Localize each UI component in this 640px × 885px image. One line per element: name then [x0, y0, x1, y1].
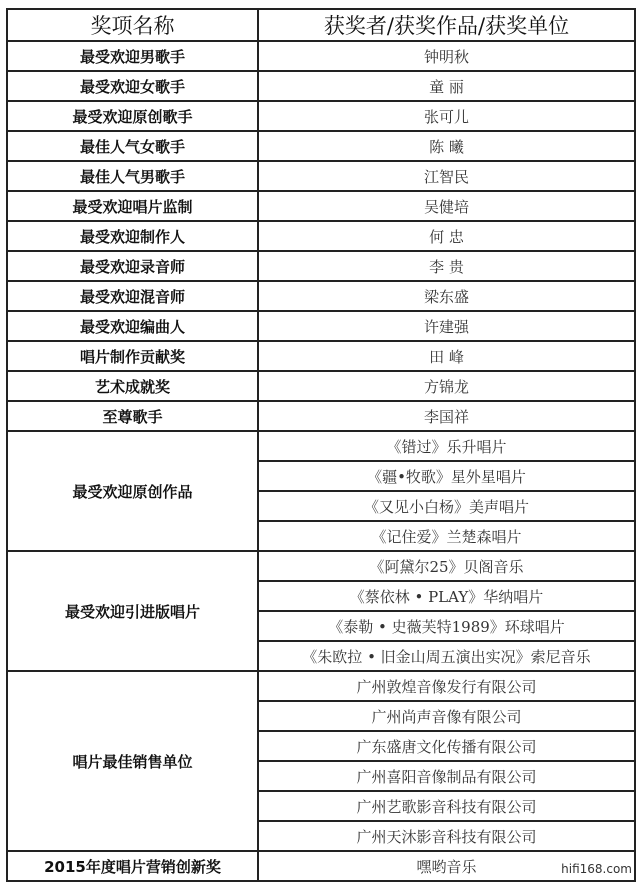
table-row: 艺术成就奖方锦龙	[7, 371, 635, 401]
winner: 《错过》乐升唱片	[258, 431, 635, 461]
table-row: 最受欢迎男歌手钟明秋	[7, 41, 635, 71]
winner: 《记住爱》兰楚森唱片	[258, 521, 635, 551]
award-name: 最受欢迎混音师	[7, 281, 258, 311]
winner: 许建强	[258, 311, 635, 341]
winner: 《蔡依林 • PLAY》华纳唱片	[258, 581, 635, 611]
table-row: 至尊歌手李国祥	[7, 401, 635, 431]
award-name-group: 最受欢迎原创作品	[7, 431, 258, 551]
award-name: 2015年度唱片营销创新奖	[7, 851, 258, 881]
winner: 《泰勒 • 史薇芙特1989》环球唱片	[258, 611, 635, 641]
winner-cell: 嘿哟音乐 hifi168.com	[258, 851, 635, 881]
award-name: 至尊歌手	[7, 401, 258, 431]
winner: 嘿哟音乐	[416, 858, 476, 876]
winner: 《阿黛尔25》贝阁音乐	[258, 551, 635, 581]
winner: 广州尚声音像有限公司	[258, 701, 635, 731]
award-name: 唱片制作贡献奖	[7, 341, 258, 371]
winner: 《疆•牧歌》星外星唱片	[258, 461, 635, 491]
winner: 《又见小白杨》美声唱片	[258, 491, 635, 521]
table-row: 最受欢迎唱片监制吴健培	[7, 191, 635, 221]
table-row: 最佳人气男歌手江智民	[7, 161, 635, 191]
table-row: 唱片制作贡献奖田 峰	[7, 341, 635, 371]
award-name: 最佳人气女歌手	[7, 131, 258, 161]
table-row: 唱片最佳销售单位 广州敦煌音像发行有限公司	[7, 671, 635, 701]
winner: 梁东盛	[258, 281, 635, 311]
header-winner: 获奖者/获奖作品/获奖单位	[258, 9, 635, 41]
table-header-row: 奖项名称 获奖者/获奖作品/获奖单位	[7, 9, 635, 41]
winner: 广州艺歌影音科技有限公司	[258, 791, 635, 821]
winner: 张可儿	[258, 101, 635, 131]
award-name: 最受欢迎原创歌手	[7, 101, 258, 131]
winner: 李 贵	[258, 251, 635, 281]
winner: 广州喜阳音像制品有限公司	[258, 761, 635, 791]
header-award-name: 奖项名称	[7, 9, 258, 41]
award-name: 最受欢迎唱片监制	[7, 191, 258, 221]
winner: 广东盛唐文化传播有限公司	[258, 731, 635, 761]
award-name: 最受欢迎编曲人	[7, 311, 258, 341]
awards-table: 奖项名称 获奖者/获奖作品/获奖单位 最受欢迎男歌手钟明秋 最受欢迎女歌手童 丽…	[6, 8, 636, 882]
winner: 广州天沐影音科技有限公司	[258, 821, 635, 851]
table-row: 2015年度唱片营销创新奖 嘿哟音乐 hifi168.com	[7, 851, 635, 881]
table-row: 最受欢迎编曲人许建强	[7, 311, 635, 341]
watermark: hifi168.com	[561, 862, 632, 876]
table-row: 最受欢迎原创作品 《错过》乐升唱片	[7, 431, 635, 461]
award-name: 最受欢迎男歌手	[7, 41, 258, 71]
table-row: 最佳人气女歌手陈 曦	[7, 131, 635, 161]
winner: 方锦龙	[258, 371, 635, 401]
award-name-group: 最受欢迎引进版唱片	[7, 551, 258, 671]
winner: 江智民	[258, 161, 635, 191]
winner: 广州敦煌音像发行有限公司	[258, 671, 635, 701]
winner: 钟明秋	[258, 41, 635, 71]
award-name: 最受欢迎录音师	[7, 251, 258, 281]
winner: 《朱欧拉 • 旧金山周五演出实况》索尼音乐	[258, 641, 635, 671]
winner: 吴健培	[258, 191, 635, 221]
winner: 童 丽	[258, 71, 635, 101]
table-row: 最受欢迎女歌手童 丽	[7, 71, 635, 101]
table-row: 最受欢迎原创歌手张可儿	[7, 101, 635, 131]
award-name: 最受欢迎女歌手	[7, 71, 258, 101]
winner: 李国祥	[258, 401, 635, 431]
winner: 何 忠	[258, 221, 635, 251]
table-row: 最受欢迎制作人何 忠	[7, 221, 635, 251]
table-row: 最受欢迎录音师李 贵	[7, 251, 635, 281]
award-name: 最佳人气男歌手	[7, 161, 258, 191]
award-name: 艺术成就奖	[7, 371, 258, 401]
award-name-group: 唱片最佳销售单位	[7, 671, 258, 851]
table-row: 最受欢迎引进版唱片 《阿黛尔25》贝阁音乐	[7, 551, 635, 581]
award-name: 最受欢迎制作人	[7, 221, 258, 251]
winner: 田 峰	[258, 341, 635, 371]
table-row: 最受欢迎混音师梁东盛	[7, 281, 635, 311]
winner: 陈 曦	[258, 131, 635, 161]
